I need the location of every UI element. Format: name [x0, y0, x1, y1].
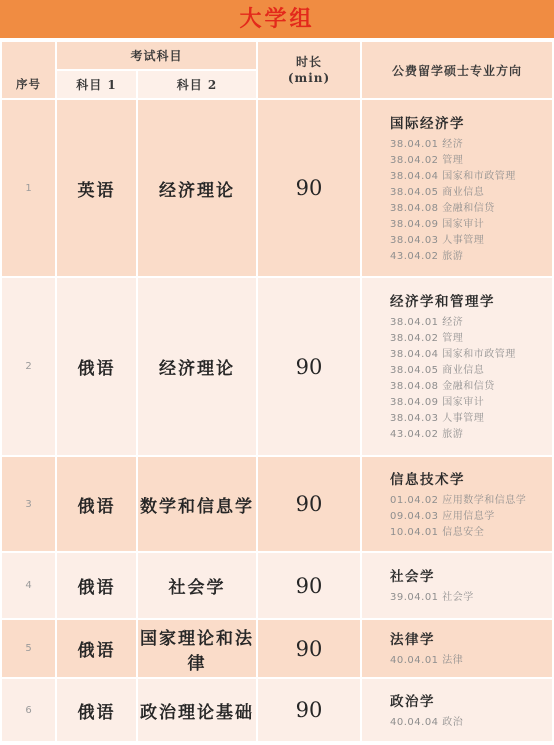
major-code: 38.04.08 金融和信贷 — [390, 379, 552, 395]
row-number: 2 — [2, 278, 55, 455]
table-row: 1英语经济理论90国际经济学38.04.01 经济38.04.02 管理38.0… — [2, 100, 552, 276]
subject2-cell: 经济理论 — [138, 278, 256, 455]
major-code: 38.04.05 商业信息 — [390, 363, 552, 379]
header-duration-unit: (min) — [258, 70, 360, 86]
duration-cell: 90 — [258, 457, 360, 551]
major-code: 38.04.02 管理 — [390, 153, 552, 169]
header-subject2: 科目 2 — [138, 71, 256, 98]
major-title: 政治学 — [390, 690, 552, 710]
subject1-cell: 俄语 — [57, 679, 136, 741]
major-code: 38.04.04 国家和市政管理 — [390, 169, 552, 185]
major-cell: 政治学40.04.04 政治 — [362, 679, 552, 741]
major-code: 38.04.04 国家和市政管理 — [390, 347, 552, 363]
header-duration-label: 时长 — [258, 54, 360, 70]
subject1-cell: 俄语 — [57, 457, 136, 551]
exam-table: 序号 考试科目 时长 (min) 公费留学硕士专业方向 科目 1 科目 2 1英… — [0, 40, 554, 743]
header-row-number: 序号 — [2, 42, 55, 98]
major-cell: 法律学40.04.01 法律 — [362, 620, 552, 677]
major-code: 40.04.04 政治 — [390, 715, 552, 731]
major-cell: 信息技术学01.04.02 应用数学和信息学09.04.03 应用信息学10.0… — [362, 457, 552, 551]
row-number: 3 — [2, 457, 55, 551]
major-code: 38.04.02 管理 — [390, 331, 552, 347]
major-code: 39.04.01 社会学 — [390, 590, 552, 606]
major-code: 43.04.02 旅游 — [390, 249, 552, 265]
major-code: 38.04.09 国家审计 — [390, 395, 552, 411]
major-code: 01.04.02 应用数学和信息学 — [390, 493, 552, 509]
row-number: 6 — [2, 679, 55, 741]
major-code: 38.04.01 经济 — [390, 315, 552, 331]
major-code: 38.04.03 人事管理 — [390, 233, 552, 249]
major-code: 38.04.05 商业信息 — [390, 185, 552, 201]
subject2-cell: 经济理论 — [138, 100, 256, 276]
duration-cell: 90 — [258, 278, 360, 455]
major-cell: 国际经济学38.04.01 经济38.04.02 管理38.04.04 国家和市… — [362, 100, 552, 276]
major-title: 信息技术学 — [390, 468, 552, 488]
duration-cell: 90 — [258, 679, 360, 741]
major-cell: 社会学39.04.01 社会学 — [362, 553, 552, 618]
major-code: 38.04.03 人事管理 — [390, 411, 552, 427]
major-cell: 经济学和管理学38.04.01 经济38.04.02 管理38.04.04 国家… — [362, 278, 552, 455]
major-title: 法律学 — [390, 628, 552, 648]
table-header: 序号 考试科目 时长 (min) 公费留学硕士专业方向 科目 1 科目 2 — [2, 42, 552, 98]
subject2-cell: 社会学 — [138, 553, 256, 618]
major-code: 09.04.03 应用信息学 — [390, 509, 552, 525]
header-subject1: 科目 1 — [57, 71, 136, 98]
major-code: 38.04.08 金融和信贷 — [390, 201, 552, 217]
row-number: 5 — [2, 620, 55, 677]
subject1-cell: 英语 — [57, 100, 136, 276]
table-body: 1英语经济理论90国际经济学38.04.01 经济38.04.02 管理38.0… — [2, 100, 552, 741]
header-major-direction: 公费留学硕士专业方向 — [362, 42, 552, 98]
major-title: 经济学和管理学 — [390, 290, 552, 310]
major-title: 国际经济学 — [390, 112, 552, 132]
page-title: 大学组 — [0, 0, 554, 38]
major-code: 43.04.02 旅游 — [390, 427, 552, 443]
duration-cell: 90 — [258, 100, 360, 276]
major-code: 38.04.01 经济 — [390, 137, 552, 153]
table-row: 4俄语社会学90社会学39.04.01 社会学 — [2, 553, 552, 618]
row-number: 1 — [2, 100, 55, 276]
subject2-cell: 数学和信息学 — [138, 457, 256, 551]
major-code: 10.04.01 信息安全 — [390, 525, 552, 541]
header-exam-subjects: 考试科目 — [57, 42, 256, 69]
duration-cell: 90 — [258, 620, 360, 677]
subject2-cell: 国家理论和法律 — [138, 620, 256, 677]
subject2-cell: 政治理论基础 — [138, 679, 256, 741]
subject1-cell: 俄语 — [57, 553, 136, 618]
table-row: 3俄语数学和信息学90信息技术学01.04.02 应用数学和信息学09.04.0… — [2, 457, 552, 551]
table-row: 5俄语国家理论和法律90法律学40.04.01 法律 — [2, 620, 552, 677]
major-code: 40.04.01 法律 — [390, 653, 552, 669]
subject1-cell: 俄语 — [57, 278, 136, 455]
duration-cell: 90 — [258, 553, 360, 618]
major-code: 38.04.09 国家审计 — [390, 217, 552, 233]
subject1-cell: 俄语 — [57, 620, 136, 677]
major-title: 社会学 — [390, 565, 552, 585]
row-number: 4 — [2, 553, 55, 618]
table-row: 2俄语经济理论90经济学和管理学38.04.01 经济38.04.02 管理38… — [2, 278, 552, 455]
header-duration: 时长 (min) — [258, 42, 360, 98]
table-row: 6俄语政治理论基础90政治学40.04.04 政治 — [2, 679, 552, 741]
